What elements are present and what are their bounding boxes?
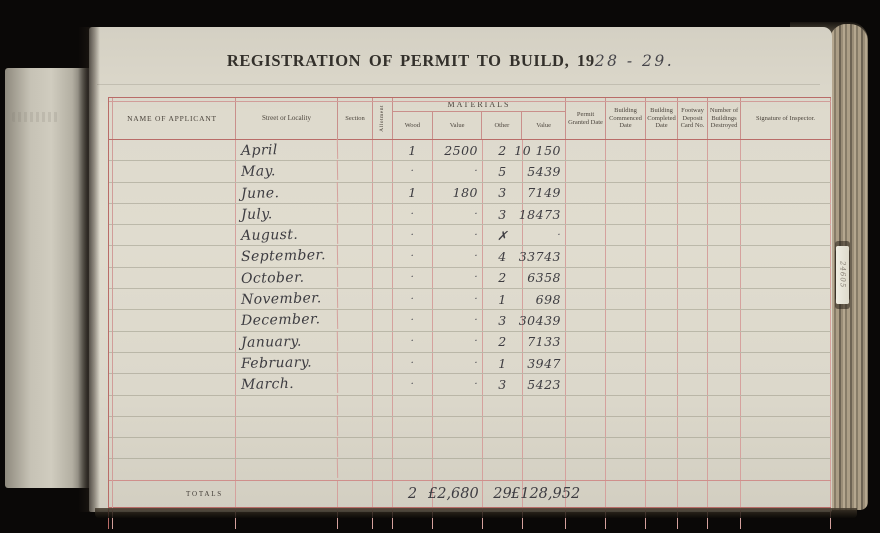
cell-buildings-destroyed (708, 417, 741, 437)
cell-permit-granted (566, 268, 606, 288)
cell-name-of-applicant (109, 310, 236, 330)
cell-building-completed (646, 310, 678, 330)
cell-wood-value: · (433, 268, 483, 288)
cell-name-of-applicant (109, 417, 236, 437)
register-table: NAME OF APPLICANT Street or Locality Sec… (108, 97, 831, 529)
table-row: October. · · 2 6358 (109, 268, 831, 289)
cell-building-commenced (606, 332, 646, 352)
cell-wood-count (393, 396, 433, 416)
cell-footway-deposit (678, 374, 708, 394)
cell-permit-granted (566, 246, 606, 266)
cell-permit-granted (566, 289, 606, 309)
table-row: December. · · 3 30439 (109, 310, 831, 331)
cell-buildings-destroyed (708, 268, 741, 288)
cell-other-count: 3 (483, 374, 523, 394)
cell-building-completed (646, 204, 678, 224)
header-building-completed-date: Building Completed Date (646, 98, 678, 139)
table-row: January. · · 2 7133 (109, 332, 831, 353)
cell-building-completed (646, 374, 678, 394)
cell-building-completed (646, 332, 678, 352)
table-row: March. · · 3 5423 (109, 374, 831, 395)
cell-other-value: 3947 (523, 353, 566, 373)
header-street-or-locality: Street or Locality (236, 98, 338, 139)
cell-month (236, 416, 338, 438)
cell-section (338, 332, 373, 352)
cell-name-of-applicant (109, 396, 236, 416)
cell-buildings-destroyed (708, 140, 741, 160)
cell-other-value: · (523, 225, 566, 245)
cell-permit-granted (566, 374, 606, 394)
cell-allotment (373, 353, 393, 373)
cell-footway-deposit (678, 310, 708, 330)
cell-allotment (373, 161, 393, 181)
cell-buildings-destroyed (708, 310, 741, 330)
cell-other-value: 5423 (523, 374, 566, 394)
cell-section (338, 417, 373, 437)
cell-wood-value: · (433, 246, 483, 266)
cell-footway-deposit (678, 140, 708, 160)
cell-wood-count: 1 (393, 183, 433, 203)
table-row (109, 459, 831, 480)
table-row: July. · · 3 18473 (109, 204, 831, 225)
cell-name-of-applicant (109, 289, 236, 309)
header-building-commenced-date: Building Commenced Date (606, 98, 646, 139)
cell-wood-count (393, 417, 433, 437)
cell-section (338, 289, 373, 309)
cell-building-completed (646, 140, 678, 160)
cell-signature (741, 310, 831, 330)
cell-other-count: 3 (483, 204, 523, 224)
cell-allotment (373, 374, 393, 394)
cell-allotment (373, 225, 393, 245)
cell-other-count: 5 (483, 161, 523, 181)
cell-permit-granted (566, 396, 606, 416)
cell-wood-count: · (393, 353, 433, 373)
cell-footway-deposit (678, 353, 708, 373)
cell-allotment (373, 459, 393, 479)
cell-section (338, 353, 373, 373)
cell-allotment (373, 310, 393, 330)
cell-other-count: ✗ (483, 225, 523, 245)
cell-name-of-applicant (109, 246, 236, 266)
cell-wood-value: · (433, 310, 483, 330)
cell-name-of-applicant (109, 140, 236, 160)
cell-allotment (373, 140, 393, 160)
cell-buildings-destroyed (708, 374, 741, 394)
ledger-page: REGISTRATION OF PERMIT TO BUILD, 1928 - … (89, 27, 832, 512)
cell-wood-value: · (433, 289, 483, 309)
cell-wood-value (433, 396, 483, 416)
cell-section (338, 246, 373, 266)
cell-allotment (373, 268, 393, 288)
cell-permit-granted (566, 204, 606, 224)
cell-allotment (373, 438, 393, 458)
cell-building-completed (646, 417, 678, 437)
cell-wood-count: · (393, 374, 433, 394)
header-materials-group: MATERIALS Wood Value Other Value (393, 98, 566, 139)
cell-permit-granted (566, 183, 606, 203)
cell-footway-deposit (678, 289, 708, 309)
edge-tab-label: 24605 (839, 261, 847, 288)
cell-other-value: 33743 (523, 246, 566, 266)
cell-permit-granted (566, 332, 606, 352)
cell-other-count (483, 417, 523, 437)
cell-footway-deposit (678, 332, 708, 352)
gutter-shadow (78, 27, 100, 512)
cell-building-commenced (606, 161, 646, 181)
cell-month: December. (236, 309, 338, 331)
photo-background: REGISTRATION OF PERMIT TO BUILD, 1928 - … (0, 0, 880, 533)
cell-section (338, 225, 373, 245)
cell-other-value: 10 150 (523, 140, 566, 160)
cell-wood-count: · (393, 268, 433, 288)
cell-signature (741, 438, 831, 458)
cell-section (338, 459, 373, 479)
cell-allotment (373, 204, 393, 224)
cell-building-commenced (606, 459, 646, 479)
totals-wood-count: 2 (393, 481, 433, 507)
cell-building-completed (646, 396, 678, 416)
cell-buildings-destroyed (708, 289, 741, 309)
cell-signature (741, 353, 831, 373)
cell-building-commenced (606, 289, 646, 309)
cell-buildings-destroyed (708, 161, 741, 181)
totals-label: TOTALS (109, 481, 236, 507)
cell-signature (741, 225, 831, 245)
cell-wood-count: 1 (393, 140, 433, 160)
cell-buildings-destroyed (708, 396, 741, 416)
cell-wood-value: 180 (433, 183, 483, 203)
table-row: February. · · 1 3947 (109, 353, 831, 374)
cell-other-value: 5439 (523, 161, 566, 181)
header-signature-of-inspector: Signature of Inspector. (741, 98, 831, 139)
cell-month: July. (236, 203, 338, 225)
cell-allotment (373, 289, 393, 309)
title-divider-line (97, 84, 820, 85)
cell-other-value: 30439 (523, 310, 566, 330)
table-header: NAME OF APPLICANT Street or Locality Sec… (109, 98, 831, 140)
cell-signature (741, 289, 831, 309)
cell-permit-granted (566, 161, 606, 181)
cell-building-completed (646, 225, 678, 245)
totals-row: TOTALS 2 £2,680 29 £128,952 (109, 481, 831, 508)
cell-building-commenced (606, 438, 646, 458)
cell-allotment (373, 396, 393, 416)
title-year-handwritten: 28 - 29. (595, 52, 674, 70)
cell-month (236, 458, 338, 480)
cell-other-value (523, 438, 566, 458)
cell-section (338, 438, 373, 458)
cell-building-completed (646, 183, 678, 203)
cell-building-commenced (606, 246, 646, 266)
table-row: November. · · 1 698 (109, 289, 831, 310)
table-row: August. · · ✗ · (109, 225, 831, 246)
table-body: April 1 2500 2 10 150 May. · · 5 5439 Ju… (109, 140, 831, 481)
header-permit-granted-date: Permit Granted Date (566, 98, 606, 139)
cell-other-value (523, 459, 566, 479)
cell-name-of-applicant (109, 225, 236, 245)
cell-month: March. (236, 373, 338, 395)
cell-footway-deposit (678, 246, 708, 266)
cell-buildings-destroyed (708, 459, 741, 479)
cell-wood-count: · (393, 204, 433, 224)
cell-footway-deposit (678, 396, 708, 416)
cell-signature (741, 140, 831, 160)
title-printed-text: REGISTRATION OF PERMIT TO BUILD, 19 (227, 51, 595, 70)
cell-buildings-destroyed (708, 183, 741, 203)
cell-other-count (483, 459, 523, 479)
cell-footway-deposit (678, 161, 708, 181)
cell-footway-deposit (678, 204, 708, 224)
cell-building-commenced (606, 353, 646, 373)
cell-building-commenced (606, 225, 646, 245)
cell-wood-count (393, 459, 433, 479)
cell-other-value: 18473 (523, 204, 566, 224)
cell-other-count: 3 (483, 183, 523, 203)
cell-building-commenced (606, 183, 646, 203)
cell-buildings-destroyed (708, 438, 741, 458)
cell-other-value (523, 396, 566, 416)
page-title: REGISTRATION OF PERMIT TO BUILD, 1928 - … (89, 51, 812, 71)
cell-other-count: 3 (483, 310, 523, 330)
header-section: Section (338, 98, 373, 139)
header-materials: MATERIALS (393, 98, 565, 112)
cell-wood-value (433, 438, 483, 458)
cell-other-count: 4 (483, 246, 523, 266)
cell-month: January. (236, 331, 338, 353)
cell-buildings-destroyed (708, 246, 741, 266)
cell-wood-count: · (393, 246, 433, 266)
cell-wood-value: · (433, 225, 483, 245)
cell-section (338, 161, 373, 181)
table-row (109, 417, 831, 438)
cell-building-commenced (606, 268, 646, 288)
table-row (109, 396, 831, 417)
cell-wood-value: · (433, 161, 483, 181)
cell-wood-value: · (433, 332, 483, 352)
left-page (5, 68, 89, 488)
cell-month (236, 394, 338, 416)
cell-footway-deposit (678, 268, 708, 288)
header-other: Other (482, 112, 522, 139)
cell-permit-granted (566, 225, 606, 245)
cell-permit-granted (566, 310, 606, 330)
cell-buildings-destroyed (708, 225, 741, 245)
cell-section (338, 374, 373, 394)
cell-permit-granted (566, 438, 606, 458)
cell-footway-deposit (678, 438, 708, 458)
cell-permit-granted (566, 140, 606, 160)
cell-other-value: 7149 (523, 183, 566, 203)
cell-other-count: 1 (483, 353, 523, 373)
cell-building-completed (646, 161, 678, 181)
cell-wood-count: · (393, 289, 433, 309)
edge-tab: 24605 (836, 246, 849, 304)
cell-permit-granted (566, 353, 606, 373)
cell-name-of-applicant (109, 353, 236, 373)
cell-building-commenced (606, 310, 646, 330)
table-row: June. 1 180 3 7149 (109, 183, 831, 204)
cell-section (338, 310, 373, 330)
cell-month: August. (236, 224, 338, 246)
cell-month: October. (236, 267, 338, 289)
header-wood: Wood (393, 112, 433, 139)
cell-signature (741, 417, 831, 437)
cell-buildings-destroyed (708, 332, 741, 352)
cell-footway-deposit (678, 183, 708, 203)
cell-buildings-destroyed (708, 204, 741, 224)
cell-other-value: 698 (523, 289, 566, 309)
cell-allotment (373, 332, 393, 352)
cell-building-completed (646, 268, 678, 288)
cell-building-completed (646, 353, 678, 373)
cell-other-value: 6358 (523, 268, 566, 288)
cell-month: February. (236, 352, 338, 374)
cell-wood-value: · (433, 374, 483, 394)
cell-name-of-applicant (109, 268, 236, 288)
cell-name-of-applicant (109, 459, 236, 479)
cell-building-completed (646, 438, 678, 458)
cell-signature (741, 268, 831, 288)
cell-wood-count: · (393, 332, 433, 352)
totals-wood-value: £2,680 (433, 481, 483, 507)
cell-wood-count: · (393, 310, 433, 330)
table-row: September. · · 4 33743 (109, 246, 831, 267)
cell-other-value (523, 417, 566, 437)
cell-building-commenced (606, 140, 646, 160)
table-row: April 1 2500 2 10 150 (109, 140, 831, 161)
cell-footway-deposit (678, 225, 708, 245)
cell-other-count (483, 396, 523, 416)
cell-wood-value: 2500 (433, 140, 483, 160)
cell-wood-value (433, 417, 483, 437)
header-number-buildings-destroyed: Number of Buildings Destroyed (708, 98, 741, 139)
cell-building-commenced (606, 204, 646, 224)
cell-signature (741, 459, 831, 479)
cell-month (236, 437, 338, 459)
cell-month: May. (236, 160, 338, 182)
cell-month: September. (236, 245, 338, 267)
cell-signature (741, 204, 831, 224)
cell-building-completed (646, 289, 678, 309)
cell-wood-count (393, 438, 433, 458)
left-page-ghost-writing (12, 112, 58, 122)
cell-wood-value: · (433, 353, 483, 373)
cell-name-of-applicant (109, 438, 236, 458)
header-footway-deposit-card-no: Footway Deposit Card No. (678, 98, 708, 139)
header-allotment: Allotment (373, 98, 393, 139)
cell-footway-deposit (678, 459, 708, 479)
cell-footway-deposit (678, 417, 708, 437)
cell-name-of-applicant (109, 161, 236, 181)
cell-building-commenced (606, 396, 646, 416)
cell-allotment (373, 246, 393, 266)
cell-section (338, 268, 373, 288)
cell-other-count: 1 (483, 289, 523, 309)
cell-month: April (236, 139, 338, 161)
header-other-value: Value (522, 112, 565, 139)
cell-buildings-destroyed (708, 353, 741, 373)
cell-section (338, 204, 373, 224)
cell-section (338, 396, 373, 416)
cell-building-completed (646, 246, 678, 266)
table-row (109, 438, 831, 459)
cell-signature (741, 374, 831, 394)
cell-signature (741, 183, 831, 203)
cell-permit-granted (566, 459, 606, 479)
cell-building-completed (646, 459, 678, 479)
cell-building-commenced (606, 417, 646, 437)
header-name-of-applicant: NAME OF APPLICANT (109, 98, 236, 139)
cell-other-count: 2 (483, 268, 523, 288)
bottom-page-edge (95, 508, 857, 518)
cell-other-value: 7133 (523, 332, 566, 352)
cell-wood-count: · (393, 225, 433, 245)
cell-section (338, 140, 373, 160)
cell-signature (741, 161, 831, 181)
cell-signature (741, 246, 831, 266)
totals-other-value: £128,952 (523, 481, 566, 507)
cell-signature (741, 332, 831, 352)
cell-month: June. (236, 182, 338, 204)
cell-section (338, 183, 373, 203)
cell-other-count: 2 (483, 332, 523, 352)
cell-name-of-applicant (109, 374, 236, 394)
cell-wood-count: · (393, 161, 433, 181)
header-wood-value: Value (433, 112, 483, 139)
cell-building-commenced (606, 374, 646, 394)
cell-other-count (483, 438, 523, 458)
cell-permit-granted (566, 417, 606, 437)
cell-name-of-applicant (109, 183, 236, 203)
cell-name-of-applicant (109, 332, 236, 352)
cell-month: November. (236, 288, 338, 310)
cell-wood-value: · (433, 204, 483, 224)
cell-signature (741, 396, 831, 416)
cell-wood-value (433, 459, 483, 479)
cell-allotment (373, 417, 393, 437)
cell-name-of-applicant (109, 204, 236, 224)
cell-allotment (373, 183, 393, 203)
table-row: May. · · 5 5439 (109, 161, 831, 182)
